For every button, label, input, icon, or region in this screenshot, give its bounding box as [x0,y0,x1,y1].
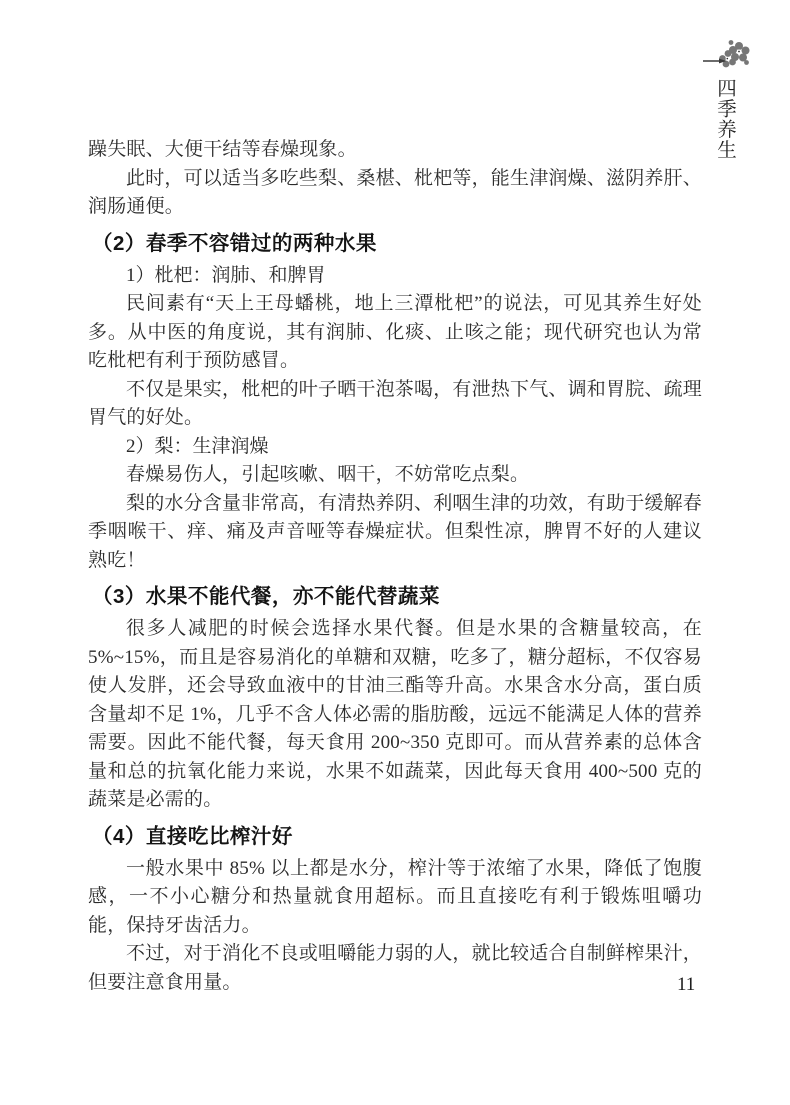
page-content: 躁失眠、大便干结等春燥现象。 此时，可以适当多吃些梨、桑椹、枇杷等，能生津润燥、… [88,136,702,997]
plum-blossom-icon [701,37,755,73]
body-paragraph: 躁失眠、大便干结等春燥现象。 [88,136,702,165]
page-number: 11 [677,974,695,996]
section-heading: （2）春季不容错过的两种水果 [88,228,702,259]
section-heading: （4）直接吃比榨汁好 [88,821,702,852]
body-paragraph: 此时，可以适当多吃些梨、桑椹、枇杷等，能生津润燥、滋阴养肝、润肠通便。 [88,165,702,222]
book-page: 四季养生 躁失眠、大便干结等春燥现象。 此时，可以适当多吃些梨、桑椹、枇杷等，能… [0,0,790,1105]
body-paragraph: 民间素有“天上王母蟠桃，地上三潭枇杷”的说法，可见其养生好处多。从中医的角度说，… [88,290,702,376]
body-paragraph: 不仅是果实，枇杷的叶子晒干泡茶喝，有泄热下气、调和胃脘、疏理胃气的好处。 [88,376,702,433]
body-paragraph: 很多人减肥的时候会选择水果代餐。但是水果的含糖量较高，在 5%~15%，而且是容… [88,615,702,815]
body-paragraph: 不过，对于消化不良或咀嚼能力弱的人，就比较适合自制鲜榨果汁，但要注意食用量。 [88,940,702,997]
body-paragraph: 春燥易伤人，引起咳嗽、咽干，不妨常吃点梨。 [88,461,702,490]
section-heading: （3）水果不能代餐，亦不能代替蔬菜 [88,581,702,612]
body-paragraph: 梨的水分含量非常高，有清热养阴、利咽生津的功效，有助于缓解春季咽喉干、痒、痛及声… [88,490,702,576]
chapter-title: 四季养生 [711,78,737,160]
sub-heading: 2）梨：生津润燥 [88,433,702,462]
sub-heading: 1）枇杷：润肺、和脾胃 [88,262,702,291]
body-paragraph: 一般水果中 85% 以上都是水分，榨汁等于浓缩了水果，降低了饱腹感，一不小心糖分… [88,855,702,941]
